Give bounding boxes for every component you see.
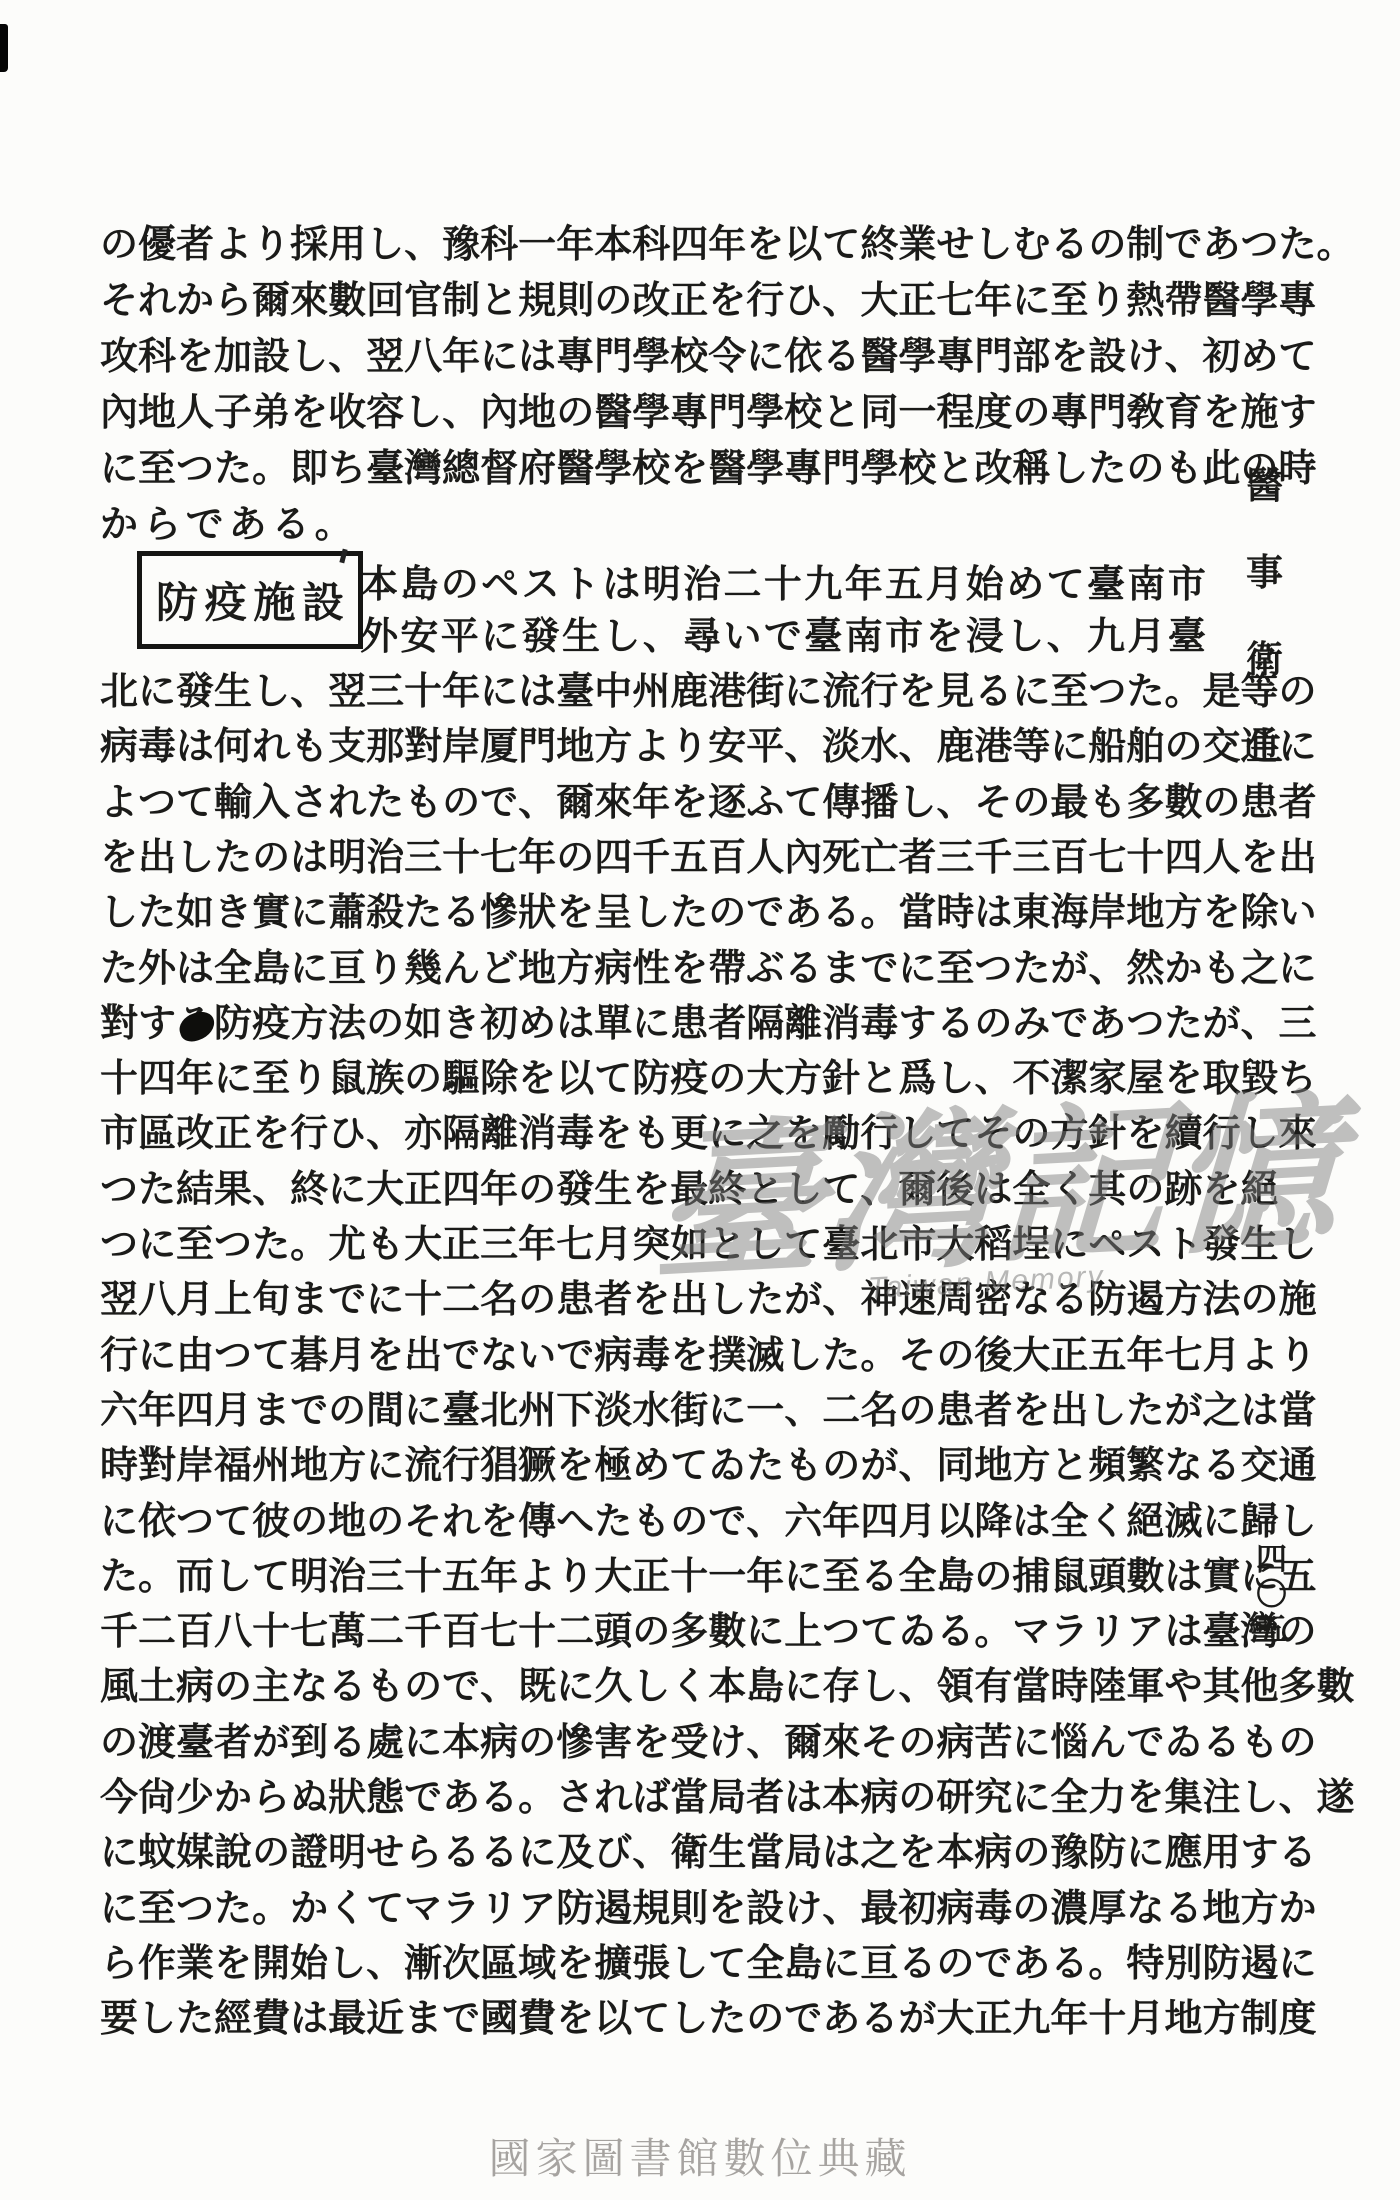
text-line: に蚊媒說の證明せらるるに及び、衛生當局は之を本病の豫防に應用する [100,1831,1206,1877]
text-line: 行に由つて碁月を出でないで病毒を撲滅した。その後大正五年七月より [100,1334,1206,1380]
text-line: を出したのは明治三十七年の四千五百人內死亡者三千三百七十四人を出 [100,836,1206,882]
text-line: 要した經費は最近まで國費を以てしたのであるが大正九年十月地方制度 [100,1997,1206,2043]
text-line: つた結果、終に大正四年の發生を最終として、爾後は全く其の跡を絕 [100,1168,1206,1214]
text-line: 攻科を加設し、翌八年には專門學校令に依る醫學專門部を設け、初めて [100,335,1206,381]
text-line: つに至つた。尤も大正三年七月突如として臺北市大稻埕にペスト發生し [100,1223,1206,1269]
text-line: の優者より採用し、豫科一年本科四年を以て終業せしむるの制であつた。 [100,223,1206,269]
text-line: 內地人子弟を收容し、內地の醫學專門學校と同一程度の專門敎育を施す [100,391,1206,437]
boxed-heading-char: 設 [302,570,344,630]
text-line: ら作業を開始し、漸次區域を擴張して全島に亘るのである。特別防遏に [100,1942,1206,1988]
text-line: からである。 [100,503,1206,549]
scan-edge-artifact [0,24,8,72]
text-line: の渡臺者が到る處に本病の慘害を受け、爾來その病苦に惱んでゐるもの [100,1721,1206,1767]
text-line: に至つた。即ち臺灣總督府醫學校を醫學專門學校と改稱したのも此の時 [100,447,1206,493]
page-number-405: 四〇五 [1256,1544,1287,1646]
text-line: た外は全島に亘り幾んど地方病性を帶ぶるまでに至つたが、然かも之に [100,947,1206,993]
text-line: 時對岸福州地方に流行猖獗を極めてゐたものが、同地方と頻繁なる交通 [100,1444,1206,1490]
margin-title-char: 衛 [1246,629,1283,683]
page-number-char: 五 [1256,1614,1287,1646]
text-line: 翌八月上旬までに十二名の患者を出したが、神速周密なる防遏方法の施 [100,1278,1206,1324]
text-line: 市區改正を行ひ、亦隔離消毒をも更に之を勵行してその方針を續行し來 [100,1112,1206,1158]
text-line: 北に發生し、翌三十年には臺中州鹿港街に流行を見るに至つた。是等の [100,670,1206,716]
text-line: に至つた。かくてマラリア防遏規則を設け、最初病毒の濃厚なる地方か [100,1887,1206,1933]
text-line: よつて輸入されたもので、爾來年を逐ふて傳播し、その最も多數の患者 [100,781,1206,827]
boxed-heading-char: 施 [253,570,295,630]
margin-title-char: 事 [1246,542,1283,596]
boxed-heading-char: 疫 [205,570,247,630]
margin-title-iji-eisei: 醫事衛生 [1246,455,1283,770]
boxed-heading-boueki-shisetsu: 防疫施設 [137,551,363,649]
text-line: 本島のペストは明治二十九年五月始めて臺南市 [360,563,1206,609]
text-line: 千二百八十七萬二千百七十二頭の多數に上つてゐる。マラリアは臺灣の [100,1610,1206,1656]
text-line: 風土病の主なるもので、既に久しく本島に存し、領有當時陸軍や其他多數 [100,1665,1206,1711]
text-line: それから爾來數回官制と規則の改正を行ひ、大正七年に至り熱帶醫學專 [100,279,1206,325]
margin-title-char: 醫 [1246,455,1283,509]
archive-footer-caption: 國家圖書館數位典藏 [488,2126,911,2186]
text-line: した如き實に蕭殺たる慘狀を呈したのである。當時は東海岸地方を除い [100,891,1206,937]
margin-title-char: 生 [1246,716,1283,770]
text-line: 六年四月までの間に臺北州下淡水街に一、二名の患者を出したが之は當 [100,1389,1206,1435]
text-line: に依つて彼の地のそれを傳へたもので、六年四月以降は全く絕滅に歸し [100,1500,1206,1546]
text-line: 十四年に至り鼠族の驅除を以て防疫の大方針と爲し、不潔家屋を取毀ち [100,1057,1206,1103]
text-line: た。而して明治三十五年より大正十一年に至る全島の捕鼠頭數は實に五 [100,1555,1206,1601]
text-line: 外安平に發生し、尋いで臺南市を浸し、九月臺 [360,615,1206,661]
text-line: 對する防疫方法の如き初めは單に患者隔離消毒するのみであつたが、三 [100,1002,1206,1048]
text-line: 今尙少からぬ狀態である。されば當局者は本病の研究に全力を集注し、遂 [100,1776,1206,1822]
text-line: 病毒は何れも支那對岸厦門地方より安平、淡水、鹿港等に船舶の交通に [100,725,1206,771]
document-page: の優者より採用し、豫科一年本科四年を以て終業せしむるの制であつた。それから爾來數… [0,0,1400,2200]
page-number-char: 〇 [1256,1579,1287,1611]
page-number-char: 四 [1256,1544,1287,1576]
boxed-heading-char: 防 [156,570,198,630]
